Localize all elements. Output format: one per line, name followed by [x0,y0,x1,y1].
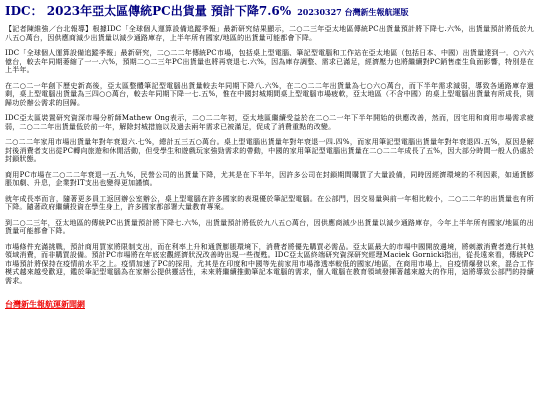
page-title: IDC： 2023年亞太區傳統PC出貨量 預計下降7.6%20230327 台灣… [5,4,534,19]
article-body: 【記者陳維強／台北報導】根據IDC「全球個人運算設備追蹤季報」最新研究結果顯示，… [5,25,534,285]
article-title: IDC： 2023年亞太區傳統PC出貨量 預計下降7.6% [5,4,291,18]
article-paragraph: 【記者陳維強／台北報導】根據IDC「全球個人運算設備追蹤季報」最新研究結果顯示，… [5,25,534,42]
article-paragraph: IDC亞太區裝置研究資深市場分析師Mathew Ong表示，二○二二年初，亞太地… [5,114,534,131]
article-paragraph: 就年成長率而言，隨著更多員工返回辦公室辦公，桌上型電腦在許多國家的表現優於筆記型… [5,195,534,212]
article-paragraph: IDC「全球個人運算設備追蹤季報」最新研究，二○二二年傳統PC市場，包括桌上型電… [5,49,534,75]
article-paragraph: 二○二二年家用市場出貨量年對年衰退六.七%，總計五三五○萬台。桌上型電腦出貨量年… [5,138,534,164]
article-paragraph: 在二○二一年創下歷史新高後，亞太區整體筆記型電腦出貨量較去年同期下降八.六%，在… [5,82,534,108]
article-dateline: 20230327 台灣新生報航運版 [297,7,408,17]
footer-source-link[interactable]: 台灣新生報航運新聞網 [5,299,85,310]
news-article-page: IDC： 2023年亞太區傳統PC出貨量 預計下降7.6%20230327 台灣… [0,0,540,405]
article-paragraph: 市場條件充滿挑戰，預計商用買家將限制支出，而在利率上升和通貨膨脹環境下，消費者將… [5,243,534,286]
article-paragraph: 商用PC市場在二○二二年衰退一五.九%，民營公司的出貨量下降，尤其是在下半年，因… [5,171,534,188]
article-paragraph: 到二○二三年，亞太地區的傳統PC出貨量預計將下降七.六%，出貨量預計將低於九八五… [5,219,534,236]
